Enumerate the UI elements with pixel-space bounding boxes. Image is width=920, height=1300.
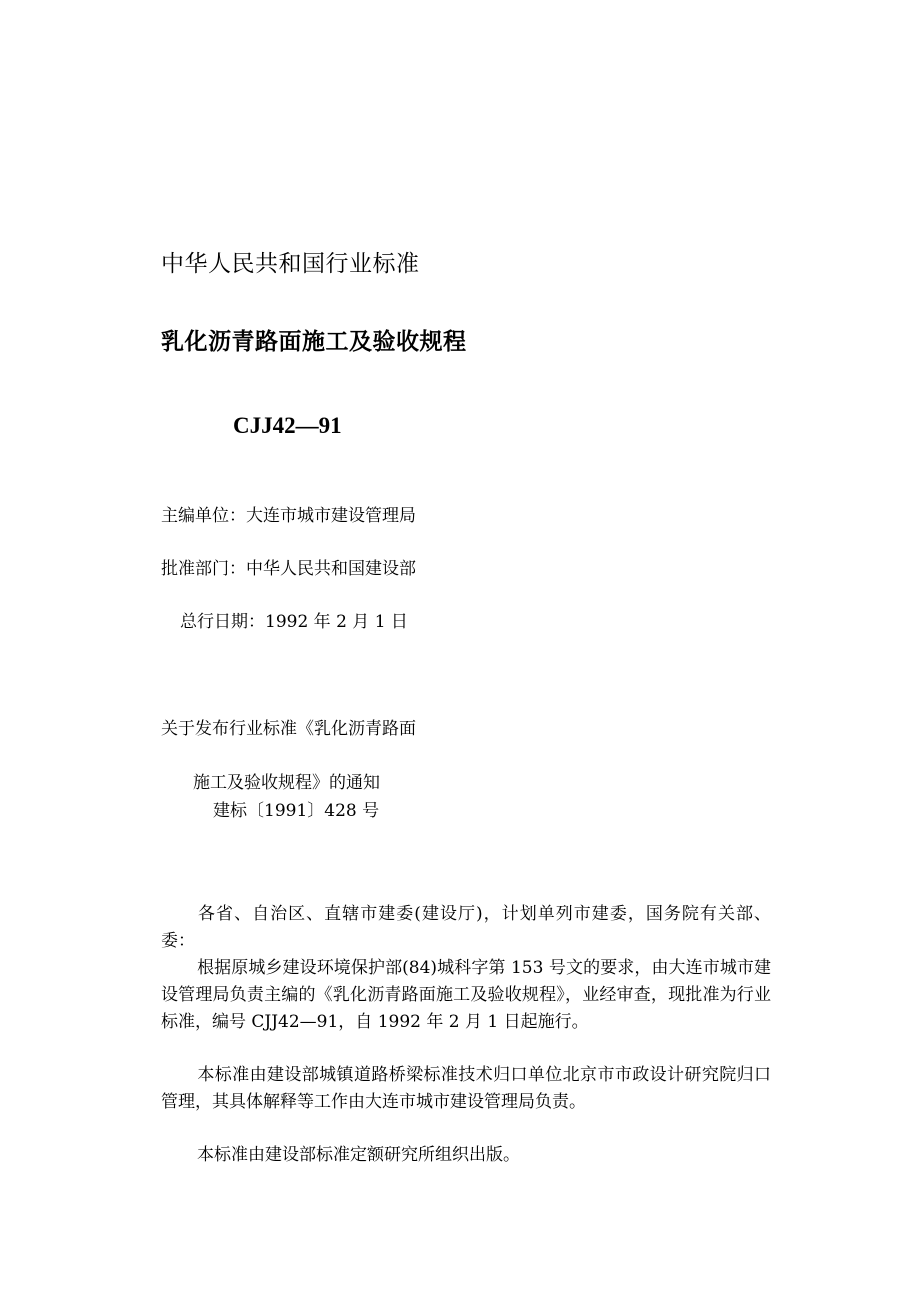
notice-doc-number: 建标〔1991〕428 号 xyxy=(213,801,379,821)
document-title: 乳化沥青路面施工及验收规程 xyxy=(161,328,467,356)
body-paragraph-approval: 根据原城乡建设环境保护部(84)城科字第 153 号文的要求，由大连市城市建设管… xyxy=(161,955,771,1036)
body-paragraph-addressees: 各省、自治区、直辖市建委(建设厅)，计划单列市建委，国务院有关部、委： xyxy=(161,901,771,955)
document-code: CJJ42—91 xyxy=(233,412,342,440)
paragraph-text: 本标准由建设部标准定额研究所组织出版。 xyxy=(197,1145,520,1165)
notice-title-line-1: 关于发布行业标准《乳化沥青路面 xyxy=(161,719,416,739)
approving-department: 批准部门：中华人民共和国建设部 xyxy=(161,559,416,579)
body-paragraph-management: 本标准由建设部城镇道路桥梁标准技术归口单位北京市市政设计研究院归口管理，其具体解… xyxy=(161,1062,771,1116)
paragraph-text: 本标准由建设部城镇道路桥梁标准技术归口单位北京市市政设计研究院归口管理，其具体解… xyxy=(161,1065,771,1112)
paragraph-text: 根据原城乡建设环境保护部(84)城科字第 153 号文的要求，由大连市城市建设管… xyxy=(161,958,771,1032)
notice-title-line-2: 施工及验收规程》的通知 xyxy=(193,773,380,793)
editor-unit: 主编单位：大连市城市建设管理局 xyxy=(161,506,416,526)
paragraph-text: 各省、自治区、直辖市建委(建设厅)，计划单列市建委，国务院有关部、委： xyxy=(161,904,771,951)
standard-category: 中华人民共和国行业标准 xyxy=(161,250,420,278)
body-paragraph-publication: 本标准由建设部标准定额研究所组织出版。 xyxy=(161,1142,771,1169)
effective-date: 总行日期：1992 年 2 月 1 日 xyxy=(180,612,408,632)
